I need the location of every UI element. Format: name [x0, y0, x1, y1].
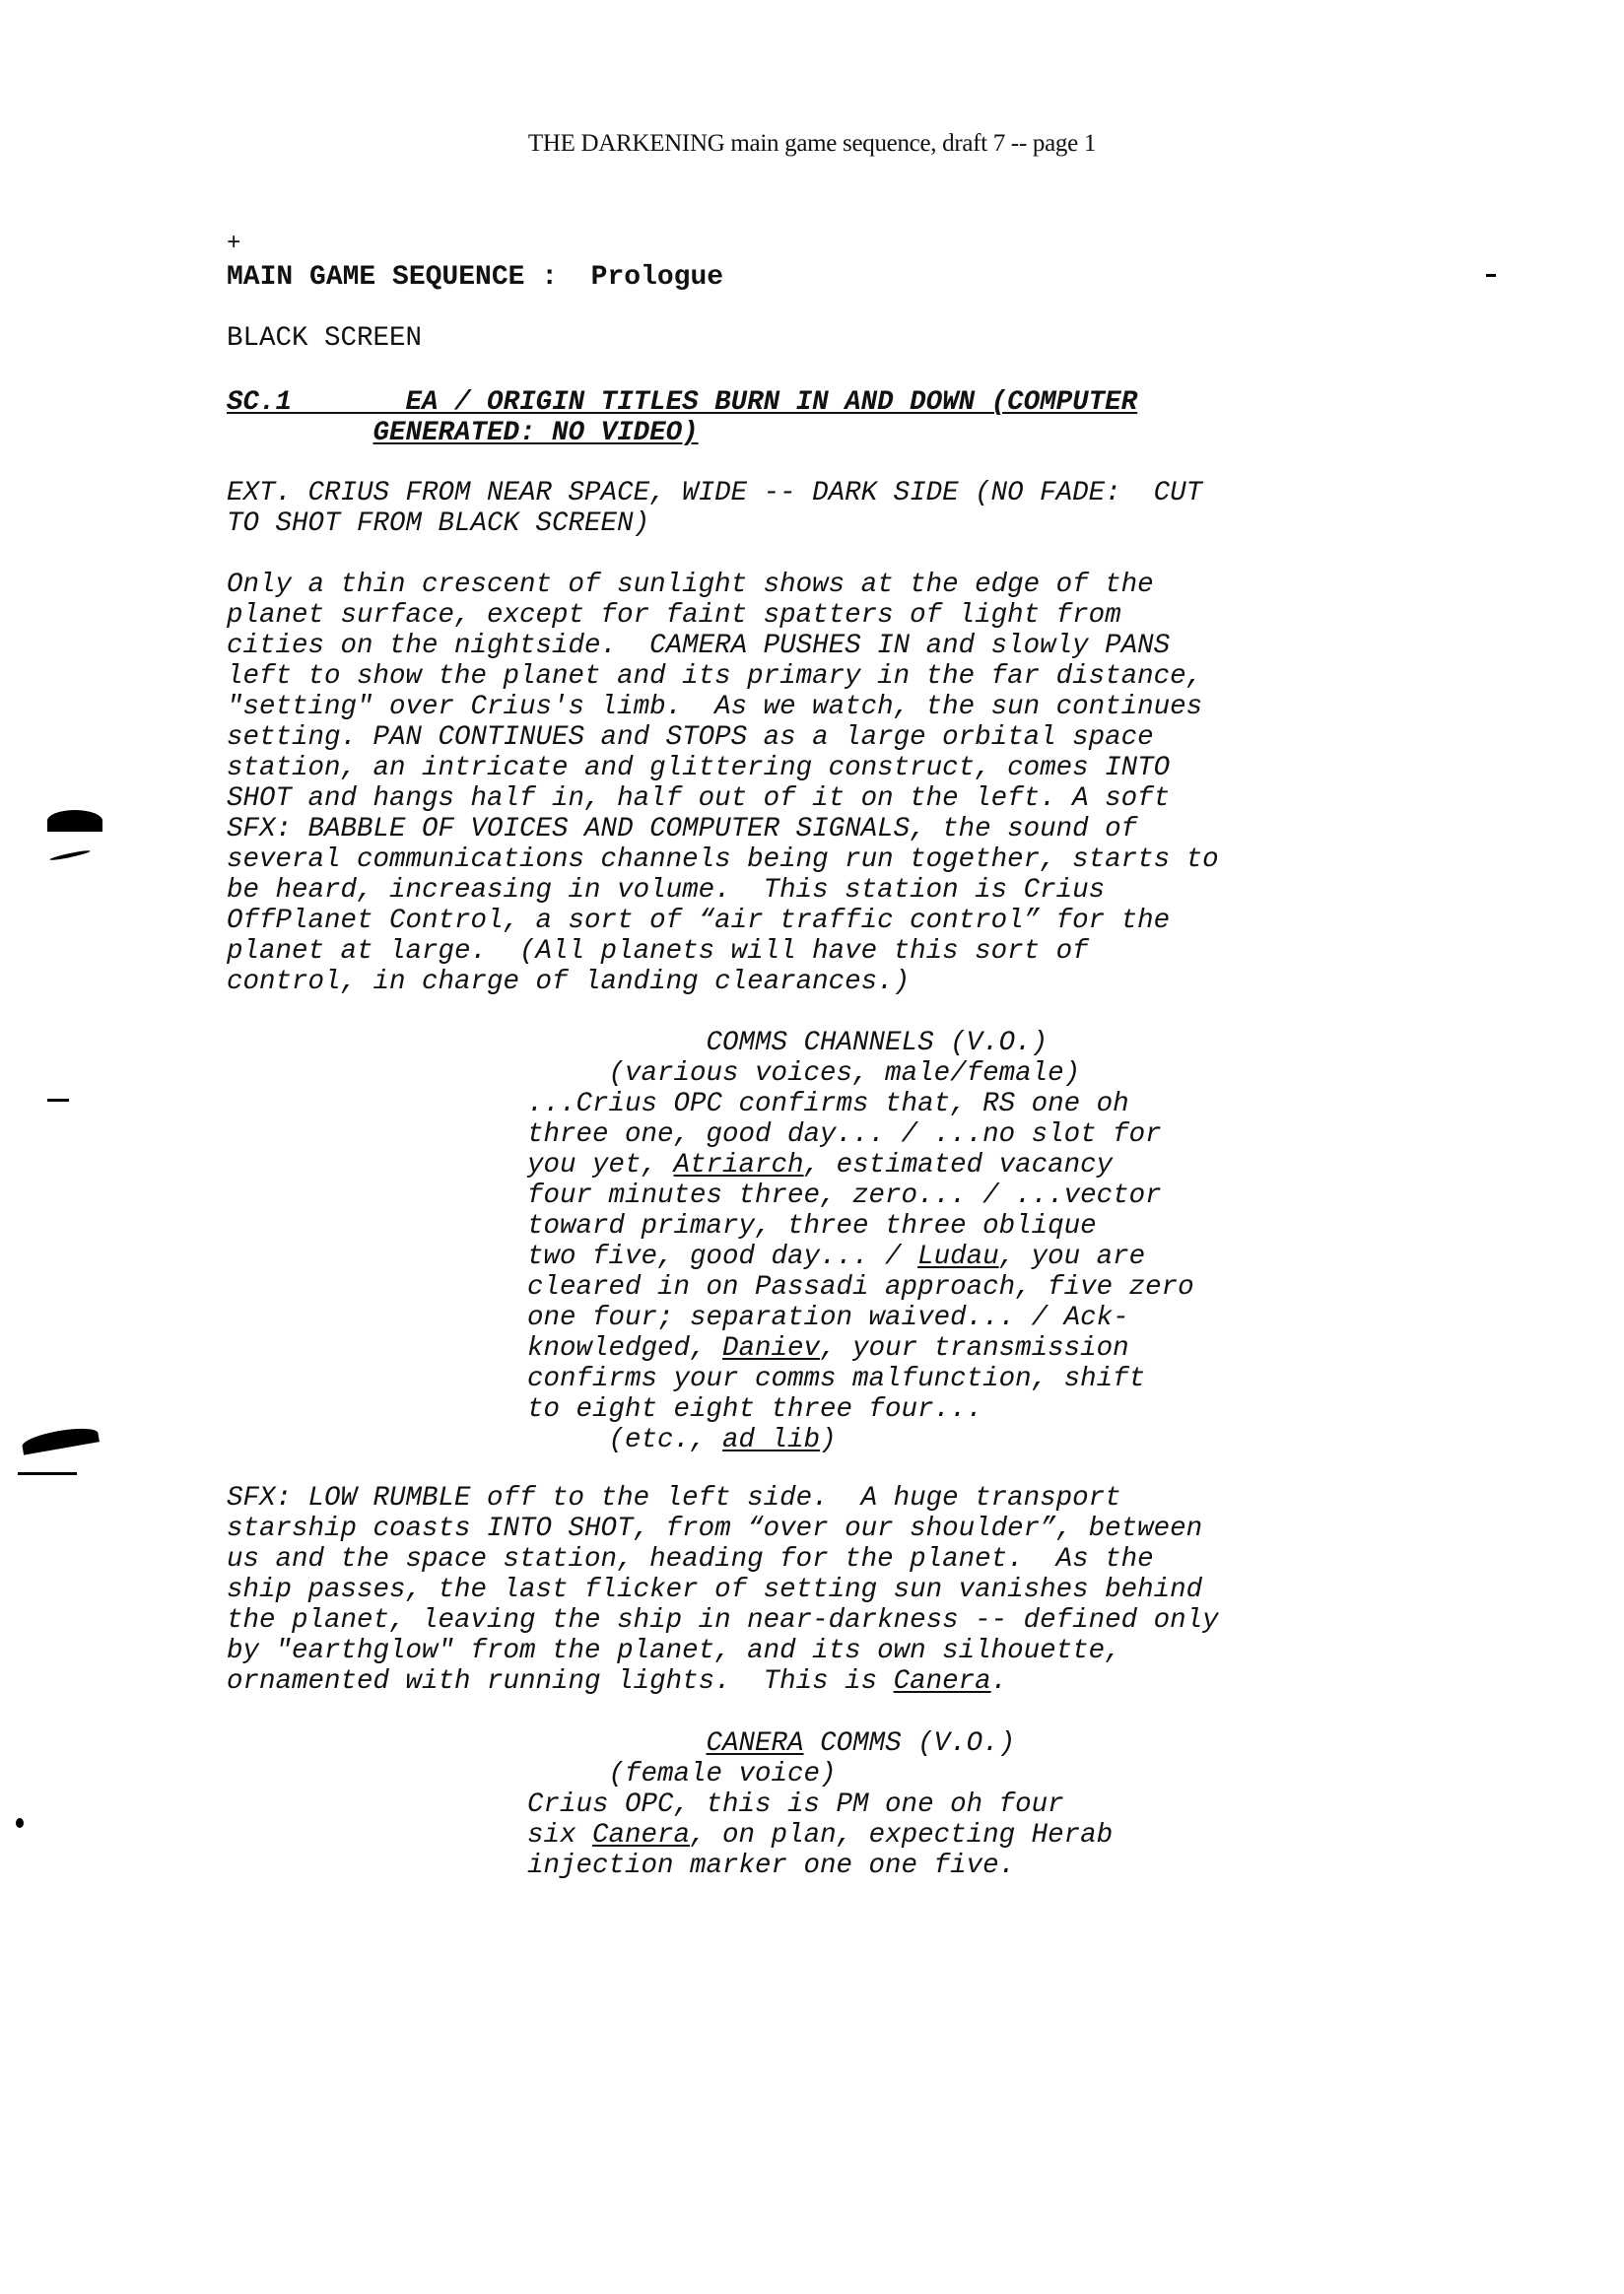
dialogue-line: confirms your comms malfunction, shift — [527, 1364, 1194, 1394]
scene-heading: SC.1 EA / ORIGIN TITLES BURN IN AND DOWN… — [227, 387, 1137, 448]
page-header: THE DARKENING main game sequence, draft … — [0, 130, 1624, 158]
underlined-name: Ludau — [917, 1242, 999, 1272]
dialogue-line: you yet, Atriarch, estimated vacancy — [527, 1150, 1194, 1181]
slugline: EXT. CRIUS FROM NEAR SPACE, WIDE -- DARK… — [227, 478, 1202, 539]
dialogue-line: cleared in on Passadi approach, five zer… — [527, 1272, 1194, 1303]
action-paragraph-1: Only a thin crescent of sunlight shows a… — [227, 570, 1219, 997]
hole-punch-mark — [49, 849, 91, 862]
scan-speck — [47, 1099, 69, 1102]
action-2-text: SFX: LOW RUMBLE off to the left side. A … — [227, 1483, 1219, 1697]
action-paragraph-2: SFX: LOW RUMBLE off to the left side. A … — [227, 1483, 1219, 1697]
hole-punch-mark — [18, 1472, 77, 1475]
hole-punch-mark — [47, 810, 102, 832]
ship-name-canera: Canera — [894, 1666, 991, 1697]
underlined-name: Canera — [592, 1820, 690, 1851]
sequence-label: MAIN GAME SEQUENCE : — [227, 262, 558, 293]
sequence-heading: MAIN GAME SEQUENCE : Prologue — [227, 262, 723, 293]
dialogue-line: Crius OPC, this is PM one oh four — [527, 1789, 1113, 1820]
dialogue-line: one four; separation waived... / Ack- — [527, 1303, 1194, 1333]
dialogue-line: two five, good day... / Ludau, you are — [527, 1242, 1194, 1272]
underlined-name: Atriarch — [674, 1150, 804, 1181]
dialogue-line: to eight eight three four... — [527, 1394, 1194, 1425]
action-2-end: . — [991, 1666, 1008, 1697]
parenthetical: (various voices, male/female) — [527, 1058, 1194, 1089]
plus-mark: + — [227, 229, 240, 259]
dialogue-line: six Canera, on plan, expecting Herab — [527, 1820, 1113, 1851]
dialogue-block-canera: CANERA COMMS (V.O.) (female voice)Crius … — [527, 1728, 1113, 1881]
character-cue: COMMS CHANNELS (V.O.) — [527, 1028, 1194, 1058]
sequence-title: Prologue — [591, 262, 723, 293]
dialogue-line: knowledged, Daniev, your transmission — [527, 1333, 1194, 1364]
character-cue: CANERA COMMS (V.O.) — [527, 1728, 1113, 1759]
black-screen-line: BLACK SCREEN — [227, 323, 422, 354]
parenthetical: (female voice) — [527, 1759, 1113, 1789]
parenthetical: (etc., ad lib) — [527, 1425, 1194, 1455]
dialogue-line: injection marker one one five. — [527, 1851, 1113, 1881]
scene-title-line1: EA / ORIGIN TITLES BURN IN AND DOWN (COM… — [406, 387, 1138, 418]
underlined-name: Daniev — [722, 1333, 820, 1364]
scan-speck — [1486, 274, 1496, 277]
underlined-name: CANERA — [707, 1728, 804, 1759]
dialogue-line: four minutes three, zero... / ...vector — [527, 1181, 1194, 1211]
hole-punch-mark — [21, 1424, 100, 1454]
scan-speck — [16, 1818, 24, 1828]
dialogue-block-comms: COMMS CHANNELS (V.O.) (various voices, m… — [527, 1028, 1194, 1455]
dialogue-line: three one, good day... / ...no slot for — [527, 1119, 1194, 1150]
scene-title-line2: GENERATED: NO VIDEO) — [373, 418, 699, 448]
dialogue-line: ...Crius OPC confirms that, RS one oh — [527, 1089, 1194, 1119]
dialogue-line: toward primary, three three oblique — [527, 1211, 1194, 1242]
scene-number: SC.1 — [227, 387, 292, 418]
underlined-name: ad lib — [722, 1425, 820, 1455]
